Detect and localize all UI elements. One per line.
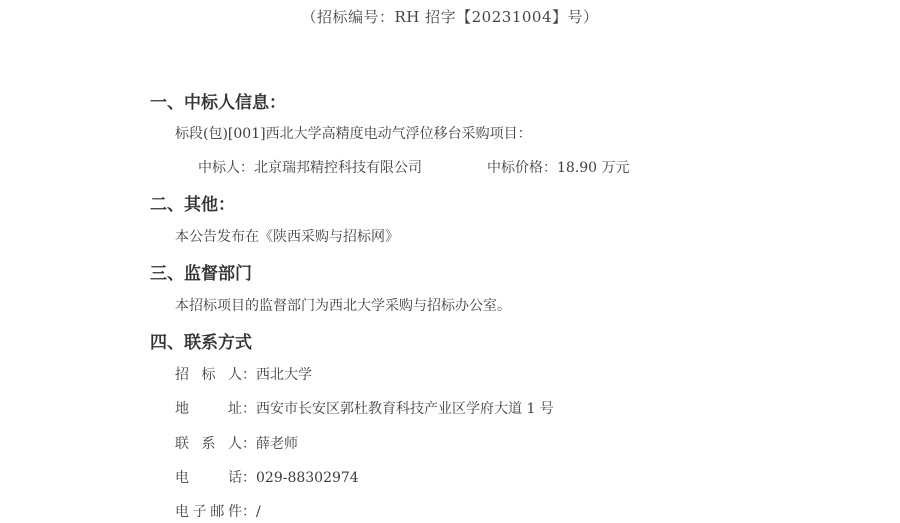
section-title-supervision: 三、监督部门 xyxy=(150,259,252,284)
contact-value: 西安市长安区郭杜教育科技产业区学府大道 1 号 xyxy=(256,401,554,417)
contact-label: 地 址 xyxy=(175,398,242,418)
contact-value: 029-88302974 xyxy=(256,470,359,486)
contact-value: / xyxy=(256,504,261,520)
contact-person: 联 系 人：薛老师 xyxy=(175,433,298,453)
contact-address: 地 址：西安市长安区郭杜教育科技产业区学府大道 1 号 xyxy=(175,398,554,418)
lot-name: 标段(包)[001]西北大学高精度电动气浮位移台采购项目： xyxy=(175,123,532,143)
contact-value: 薛老师 xyxy=(256,436,298,452)
colon: ： xyxy=(242,504,256,520)
price-label: 中标价格： xyxy=(487,160,557,176)
contact-label: 电 话 xyxy=(175,467,242,487)
contact-phone: 电 话：029-88302974 xyxy=(175,467,359,487)
contact-label: 电子邮件 xyxy=(175,501,242,521)
colon: ： xyxy=(242,367,256,383)
colon: ： xyxy=(242,436,256,452)
winner-row: 中标人：北京瑞邦精控科技有限公司 xyxy=(198,157,422,177)
tender-number: （招标编号：RH 招字【20231004】号） xyxy=(0,6,900,27)
contact-label: 联 系 人 xyxy=(175,433,242,453)
contact-label: 招 标 人 xyxy=(175,364,242,384)
colon: ： xyxy=(242,470,256,486)
price-value: 18.90 万元 xyxy=(557,160,630,176)
publish-notice: 本公告发布在《陕西采购与招标网》 xyxy=(175,226,399,246)
section-title-contact: 四、联系方式 xyxy=(150,328,252,353)
section-title-winner-info: 一、中标人信息： xyxy=(150,88,286,113)
contact-email: 电子邮件：/ xyxy=(175,501,261,521)
supervision-text: 本招标项目的监督部门为西北大学采购与招标办公室。 xyxy=(175,295,511,315)
section-title-other: 二、其他： xyxy=(150,190,235,215)
price-row: 中标价格：18.90 万元 xyxy=(487,157,630,177)
winner-name: 北京瑞邦精控科技有限公司 xyxy=(254,160,422,176)
contact-tenderer: 招 标 人：西北大学 xyxy=(175,364,312,384)
winner-label: 中标人： xyxy=(198,160,254,176)
contact-value: 西北大学 xyxy=(256,367,312,383)
colon: ： xyxy=(242,401,256,417)
